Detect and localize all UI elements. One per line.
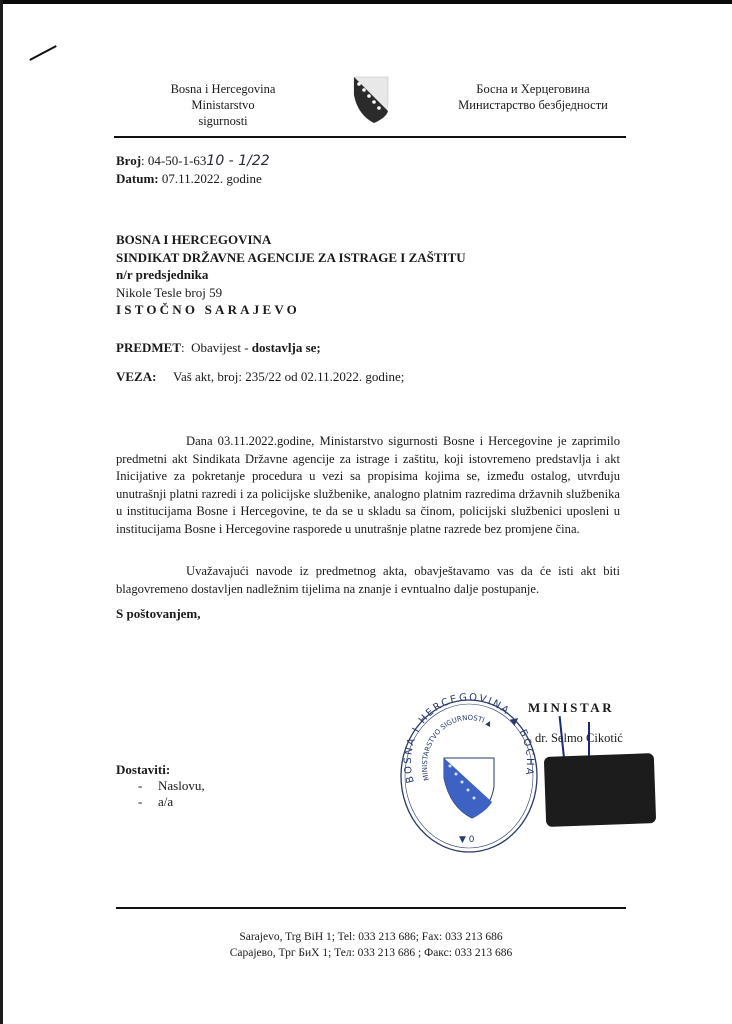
letterhead-cyrillic: Босна и Херцеговина Министарство безбјед… <box>458 81 608 113</box>
header-divider <box>114 136 626 138</box>
handwritten-number: 10 - 1/22 <box>206 153 269 169</box>
pen-mark <box>29 45 56 61</box>
footer-latin: Sarajevo, Trg BiH 1; Tel: 033 213 686; F… <box>116 929 626 945</box>
letterhead-latin: Bosna i Hercegovina Ministarstvo sigurno… <box>168 81 278 129</box>
signature-stroke <box>588 722 590 760</box>
distribution-list: Dostaviti: Naslovu, a/a <box>116 762 205 810</box>
recipient-country: BOSNA I HERCEGOVINA <box>116 231 466 249</box>
footer-divider <box>116 907 626 909</box>
reference-link-line: VEZA:Vaš akt, broj: 235/22 od 02.11.2022… <box>116 369 404 385</box>
svg-text:▼ 0: ▼ 0 <box>459 835 475 845</box>
distribution-item: a/a <box>138 794 205 810</box>
scan-edge-left <box>0 0 3 1024</box>
recipient-address: BOSNA I HERCEGOVINA SINDIKAT DRŽAVNE AGE… <box>116 231 466 319</box>
body-paragraph-1: Dana 03.11.2022.godine, Ministarstvo sig… <box>116 433 620 538</box>
signatory-title: MINISTAR <box>528 700 614 716</box>
signatory-name: dr. Selmo Cikotić <box>535 731 623 746</box>
reference-date: Datum: 07.11.2022. godine <box>116 170 270 187</box>
reference-block: Broj: 04-50-1-6310 - 1/22 Datum: 07.11.2… <box>116 152 270 187</box>
distribution-label: Dostaviti: <box>116 762 205 778</box>
footer-cyrillic: Сарајево, Трг БиХ 1; Тел: 033 213 686 ; … <box>116 945 626 961</box>
subject-line: PREDMET: Obavijest - dostavlja se; <box>116 340 321 356</box>
scan-edge-top <box>0 0 732 4</box>
letterhead-country: Bosna i Hercegovina <box>168 81 278 97</box>
letterhead-ministry-cyrillic: Министарство безбједности <box>458 97 608 113</box>
bih-coat-of-arms-icon <box>352 75 390 125</box>
letterhead-ministry: Ministarstvo sigurnosti <box>168 97 278 129</box>
footer-contact: Sarajevo, Trg BiH 1; Tel: 033 213 686; F… <box>116 929 626 961</box>
recipient-attention: n/r predsjednika <box>116 266 466 284</box>
distribution-item: Naslovu, <box>138 778 205 794</box>
official-stamp-icon: BOSNA I HERCEGOVINA ▲ БОСНА MINISTARSTVO… <box>394 692 544 857</box>
closing-salutation: S poštovanjem, <box>116 606 201 622</box>
recipient-city: ISTOČNO SARAJEVO <box>116 301 466 319</box>
reference-number: Broj: 04-50-1-6310 - 1/22 <box>116 152 270 170</box>
redacted-signature <box>544 753 656 827</box>
recipient-organization: SINDIKAT DRŽAVNE AGENCIJE ZA ISTRAGE I Z… <box>116 249 466 267</box>
body-paragraph-2: Uvažavajući navode iz predmetnog akta, o… <box>116 563 620 598</box>
letterhead-country-cyrillic: Босна и Херцеговина <box>458 81 608 97</box>
recipient-street: Nikole Tesle broj 59 <box>116 284 466 302</box>
